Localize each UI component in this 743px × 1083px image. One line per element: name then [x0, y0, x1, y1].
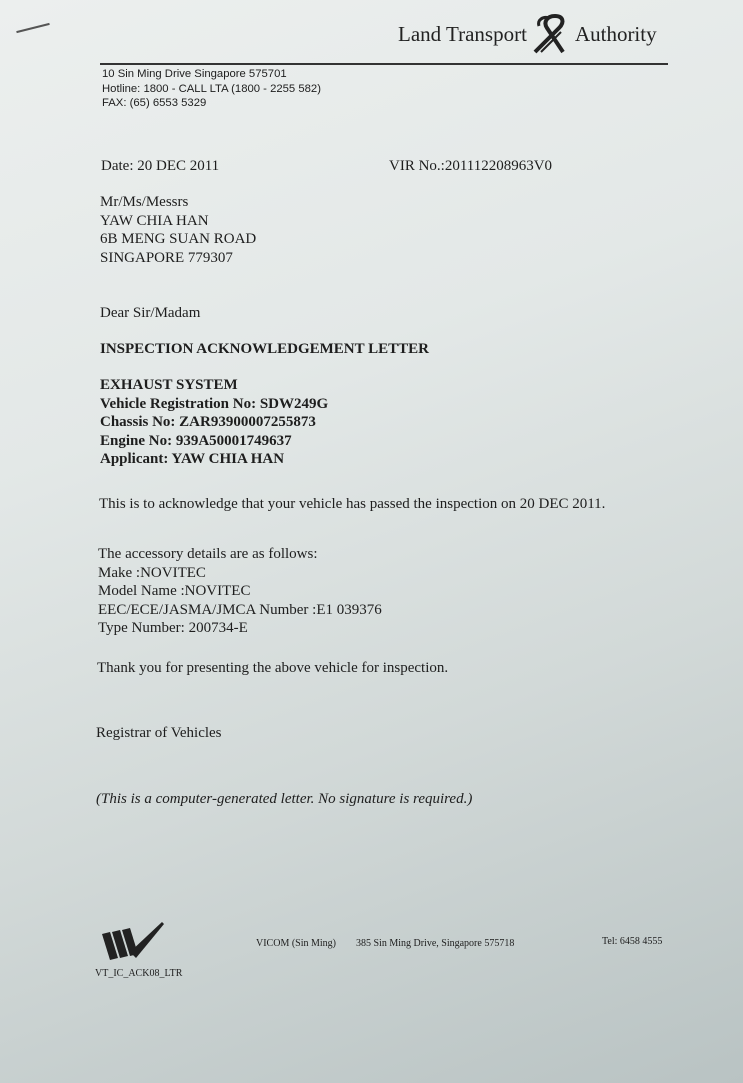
recipient-block: Mr/Ms/Messrs YAW CHIA HAN 6B MENG SUAN R… [100, 193, 256, 267]
accessory-details: The accessory details are as follows: Ma… [98, 545, 382, 638]
vicom-centre: VICOM (Sin Ming) [256, 938, 336, 949]
lta-ribbon-logo-icon [529, 14, 573, 54]
engine-number: Engine No: 939A50001749637 [100, 432, 328, 451]
item-type: EXHAUST SYSTEM [100, 376, 328, 395]
letter-date: Date: 20 DEC 2011 [101, 157, 219, 176]
hotline-line: Hotline: 1800 - CALL LTA (1800 - 2255 58… [102, 82, 321, 97]
recipient-name: YAW CHIA HAN [100, 212, 256, 231]
vehicle-details: EXHAUST SYSTEM Vehicle Registration No: … [100, 376, 328, 469]
accessory-make: Make :NOVITEC [98, 564, 382, 583]
vicom-address: 385 Sin Ming Drive, Singapore 575718 [356, 938, 514, 949]
lta-address: 10 Sin Ming Drive Singapore 575701 Hotli… [102, 67, 321, 111]
accessory-model: Model Name :NOVITEC [98, 582, 382, 601]
vicom-telephone: Tel: 6458 4555 [602, 936, 662, 947]
recipient-street: 6B MENG SUAN ROAD [100, 230, 256, 249]
chassis-number: Chassis No: ZAR93900007255873 [100, 413, 328, 432]
org-name-right: Authority [575, 22, 657, 47]
accessory-type-number: Type Number: 200734-E [98, 619, 382, 638]
signoff: Registrar of Vehicles [96, 724, 222, 743]
address-line: 10 Sin Ming Drive Singapore 575701 [102, 67, 321, 82]
thank-you-text: Thank you for presenting the above vehic… [97, 659, 448, 678]
acknowledgement-text: This is to acknowledge that your vehicle… [99, 495, 605, 514]
accessory-intro: The accessory details are as follows: [98, 545, 382, 564]
accessory-approval-number: EEC/ECE/JASMA/JMCA Number :E1 039376 [98, 601, 382, 620]
computer-generated-note: (This is a computer-generated letter. No… [96, 790, 472, 809]
pen-mark [16, 23, 49, 33]
fax-line: FAX: (65) 6553 5329 [102, 96, 321, 111]
applicant: Applicant: YAW CHIA HAN [100, 450, 328, 469]
salutation: Dear Sir/Madam [100, 304, 200, 323]
recipient-title: Mr/Ms/Messrs [100, 193, 256, 212]
vicom-logo-icon [100, 922, 166, 962]
header-rule [100, 63, 668, 65]
lta-letterhead: Land Transport Authority [398, 19, 657, 49]
vir-number: VIR No.:201112208963V0 [389, 157, 552, 176]
org-name-left: Land Transport [398, 22, 527, 47]
document-code: VT_IC_ACK08_LTR [95, 968, 182, 979]
vehicle-registration: Vehicle Registration No: SDW249G [100, 395, 328, 414]
letter-title: INSPECTION ACKNOWLEDGEMENT LETTER [100, 340, 429, 359]
recipient-city: SINGAPORE 779307 [100, 249, 256, 268]
